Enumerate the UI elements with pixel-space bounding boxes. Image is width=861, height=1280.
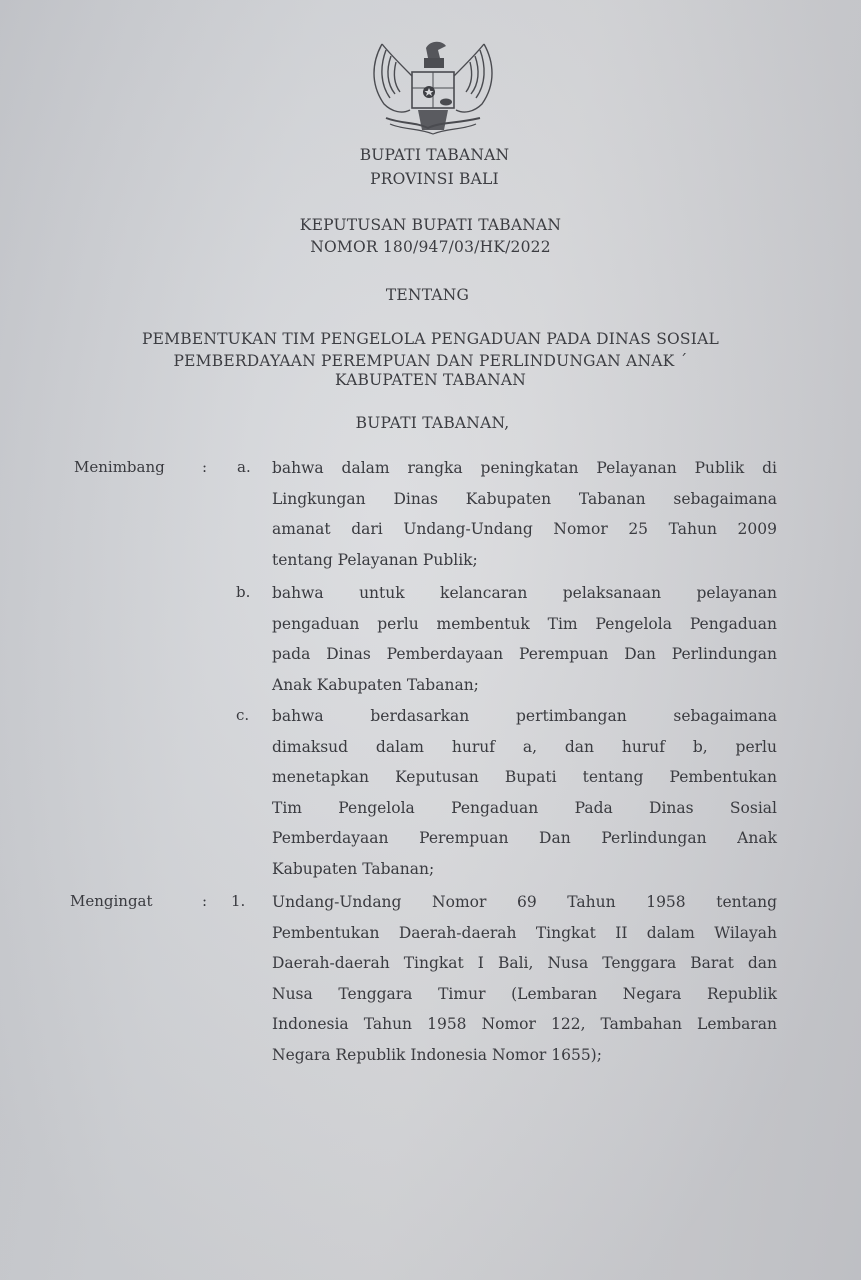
subject-line-1: PEMBENTUKAN TIM PENGELOLA PENGADUAN PADA… — [0, 330, 861, 348]
about-label: TENTANG — [0, 286, 858, 304]
text-line: tentang Pelayanan Publik; — [272, 545, 777, 576]
text-line: Tim Pengelola Pengaduan Pada Dinas Sosia… — [272, 793, 777, 824]
issuer-line: BUPATI TABANAN, — [2, 414, 861, 432]
issuer-heading: BUPATI TABANAN — [4, 146, 861, 164]
text-line: menetapkan Keputusan Bupati tentang Pemb… — [272, 762, 777, 793]
item-marker-b: b. — [236, 583, 250, 601]
mengingat-item-1: Undang-Undang Nomor 69 Tahun 1958 tentan… — [272, 887, 777, 1071]
subject-line-2: PEMBERDAYAAN PEREMPUAN DAN PERLINDUNGAN … — [0, 352, 861, 370]
mengingat-colon: : — [202, 892, 207, 910]
subject-line-3: KABUPATEN TABANAN — [0, 371, 861, 389]
menimbang-item-c: bahwa berdasarkan pertimbangan sebagaima… — [272, 701, 777, 885]
text-line: Daerah-daerah Tingkat I Bali, Nusa Tengg… — [272, 948, 777, 979]
text-line: Lingkungan Dinas Kabupaten Tabanan sebag… — [272, 484, 777, 515]
text-line: Undang-Undang Nomor 69 Tahun 1958 tentan… — [272, 887, 777, 918]
text-line: pengaduan perlu membentuk Tim Pengelola … — [272, 609, 777, 640]
text-line: Pembentukan Daerah-daerah Tingkat II dal… — [272, 918, 777, 949]
decree-title: KEPUTUSAN BUPATI TABANAN — [0, 216, 861, 234]
garuda-emblem-icon — [368, 32, 498, 140]
text-line: Kabupaten Tabanan; — [272, 854, 777, 885]
decree-number: NOMOR 180/947/03/HK/2022 — [0, 238, 861, 256]
mengingat-label: Mengingat — [70, 892, 153, 910]
text-line: bahwa berdasarkan pertimbangan sebagaima… — [272, 701, 777, 732]
menimbang-item-b: bahwa untuk kelancaran pelaksanaan pelay… — [272, 578, 777, 700]
item-marker-1: 1. — [231, 892, 245, 910]
text-line: Indonesia Tahun 1958 Nomor 122, Tambahan… — [272, 1009, 777, 1040]
text-line: dimaksud dalam huruf a, dan huruf b, per… — [272, 732, 777, 763]
menimbang-item-a: bahwa dalam rangka peningkatan Pelayanan… — [272, 453, 777, 575]
province-heading: PROVINSI BALI — [4, 170, 861, 188]
text-line: Negara Republik Indonesia Nomor 1655); — [272, 1040, 777, 1071]
document-page: { "header": { "emblem": "garuda-pancasil… — [0, 0, 861, 1280]
menimbang-colon: : — [202, 458, 207, 476]
menimbang-label: Menimbang — [74, 458, 165, 476]
text-line: bahwa dalam rangka peningkatan Pelayanan… — [272, 453, 777, 484]
item-marker-c: c. — [236, 706, 249, 724]
text-line: bahwa untuk kelancaran pelaksanaan pelay… — [272, 578, 777, 609]
text-line: Anak Kabupaten Tabanan; — [272, 670, 777, 701]
text-line: pada Dinas Pemberdayaan Perempuan Dan Pe… — [272, 639, 777, 670]
text-line: Nusa Tenggara Timur (Lembaran Negara Rep… — [272, 979, 777, 1010]
text-line: amanat dari Undang-Undang Nomor 25 Tahun… — [272, 514, 777, 545]
text-line: Pemberdayaan Perempuan Dan Perlindungan … — [272, 823, 777, 854]
item-marker-a: a. — [237, 458, 251, 476]
